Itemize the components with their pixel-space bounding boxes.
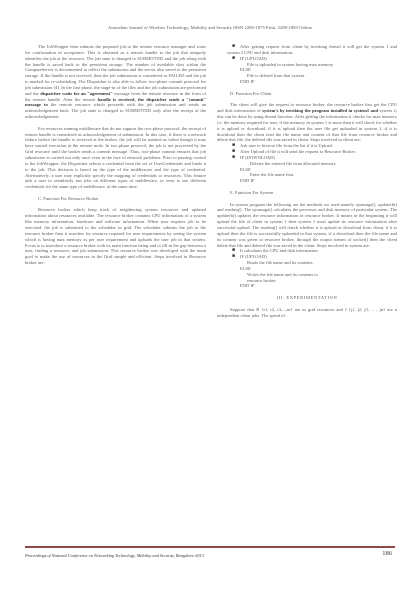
list-item-text: After getting request from client by inv… bbox=[227, 44, 397, 55]
paragraph-experimentation: Suppose that R {r1, r2, r3,...,rn} are m… bbox=[217, 307, 397, 319]
left-column: The JobWrapper then submits the prepared… bbox=[25, 44, 206, 266]
paragraph-jobwrapper: The JobWrapper then submits the prepared… bbox=[25, 44, 206, 120]
paragraph-resource-broker: Resource broker which keep track of neig… bbox=[25, 207, 206, 265]
text-span: system 2, this can be done by using thre… bbox=[217, 108, 397, 142]
list-item: ■IF (UPLOAD) bbox=[217, 254, 397, 260]
bullet-icon: ■ bbox=[219, 254, 235, 260]
list-item: ■After getting request from client by in… bbox=[217, 44, 397, 56]
bullet-icon: ■ bbox=[219, 44, 235, 50]
text-span: the remote resource which proceeds with … bbox=[25, 102, 206, 119]
footer-divider bbox=[25, 546, 395, 548]
bold-text: system's by invoking the program install… bbox=[262, 108, 378, 113]
bold-text: dispatcher waits for an "agreement" bbox=[40, 91, 113, 96]
list-item-text: It calculates the CPU and disk informati… bbox=[240, 248, 319, 253]
bullet-icon: ■ bbox=[219, 155, 235, 161]
list-item-text: After Upload of file it will send the re… bbox=[240, 149, 356, 154]
bullet-icon: ■ bbox=[219, 56, 235, 62]
list-item-text: IF (UPLOAD) bbox=[240, 254, 267, 259]
list-item: ■IF (DOWNLOAD) bbox=[217, 155, 397, 161]
paragraph-system: In system program the following are the … bbox=[217, 202, 397, 249]
paragraph-client: The client will give the request to reso… bbox=[217, 102, 397, 143]
list-item: ■IF (UPLOAD) bbox=[217, 56, 397, 62]
right-column: ■After getting request from client by in… bbox=[217, 44, 397, 318]
page-number: 186 bbox=[382, 550, 392, 557]
text-span: The JobWrapper then submits the prepared… bbox=[25, 44, 206, 96]
list-item-text: Ask user to browse file from the list if… bbox=[240, 143, 333, 148]
running-header: Australian Journal of Wireless Technolog… bbox=[0, 25, 420, 30]
list-item-text: IF (DOWNLOAD) bbox=[240, 155, 275, 160]
list-item-text: IF (UPLOAD) bbox=[240, 56, 267, 61]
footer-proceedings: Proceedings of National Conference on Ne… bbox=[25, 553, 204, 558]
paragraph-middleware: For resources running middleware that do… bbox=[25, 126, 206, 190]
